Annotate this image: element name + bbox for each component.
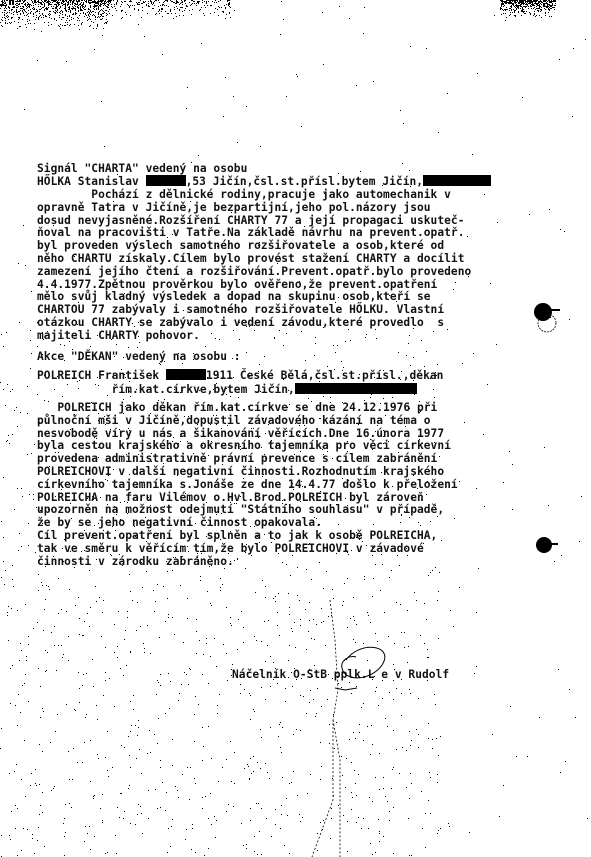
handwritten-signature [0,0,591,857]
punch-hole-mark [528,300,568,340]
punch-hole-mark [528,532,568,562]
scanned-document-page: Signál "CHARTA" vedený na osobu HŐLKA St… [0,0,591,857]
